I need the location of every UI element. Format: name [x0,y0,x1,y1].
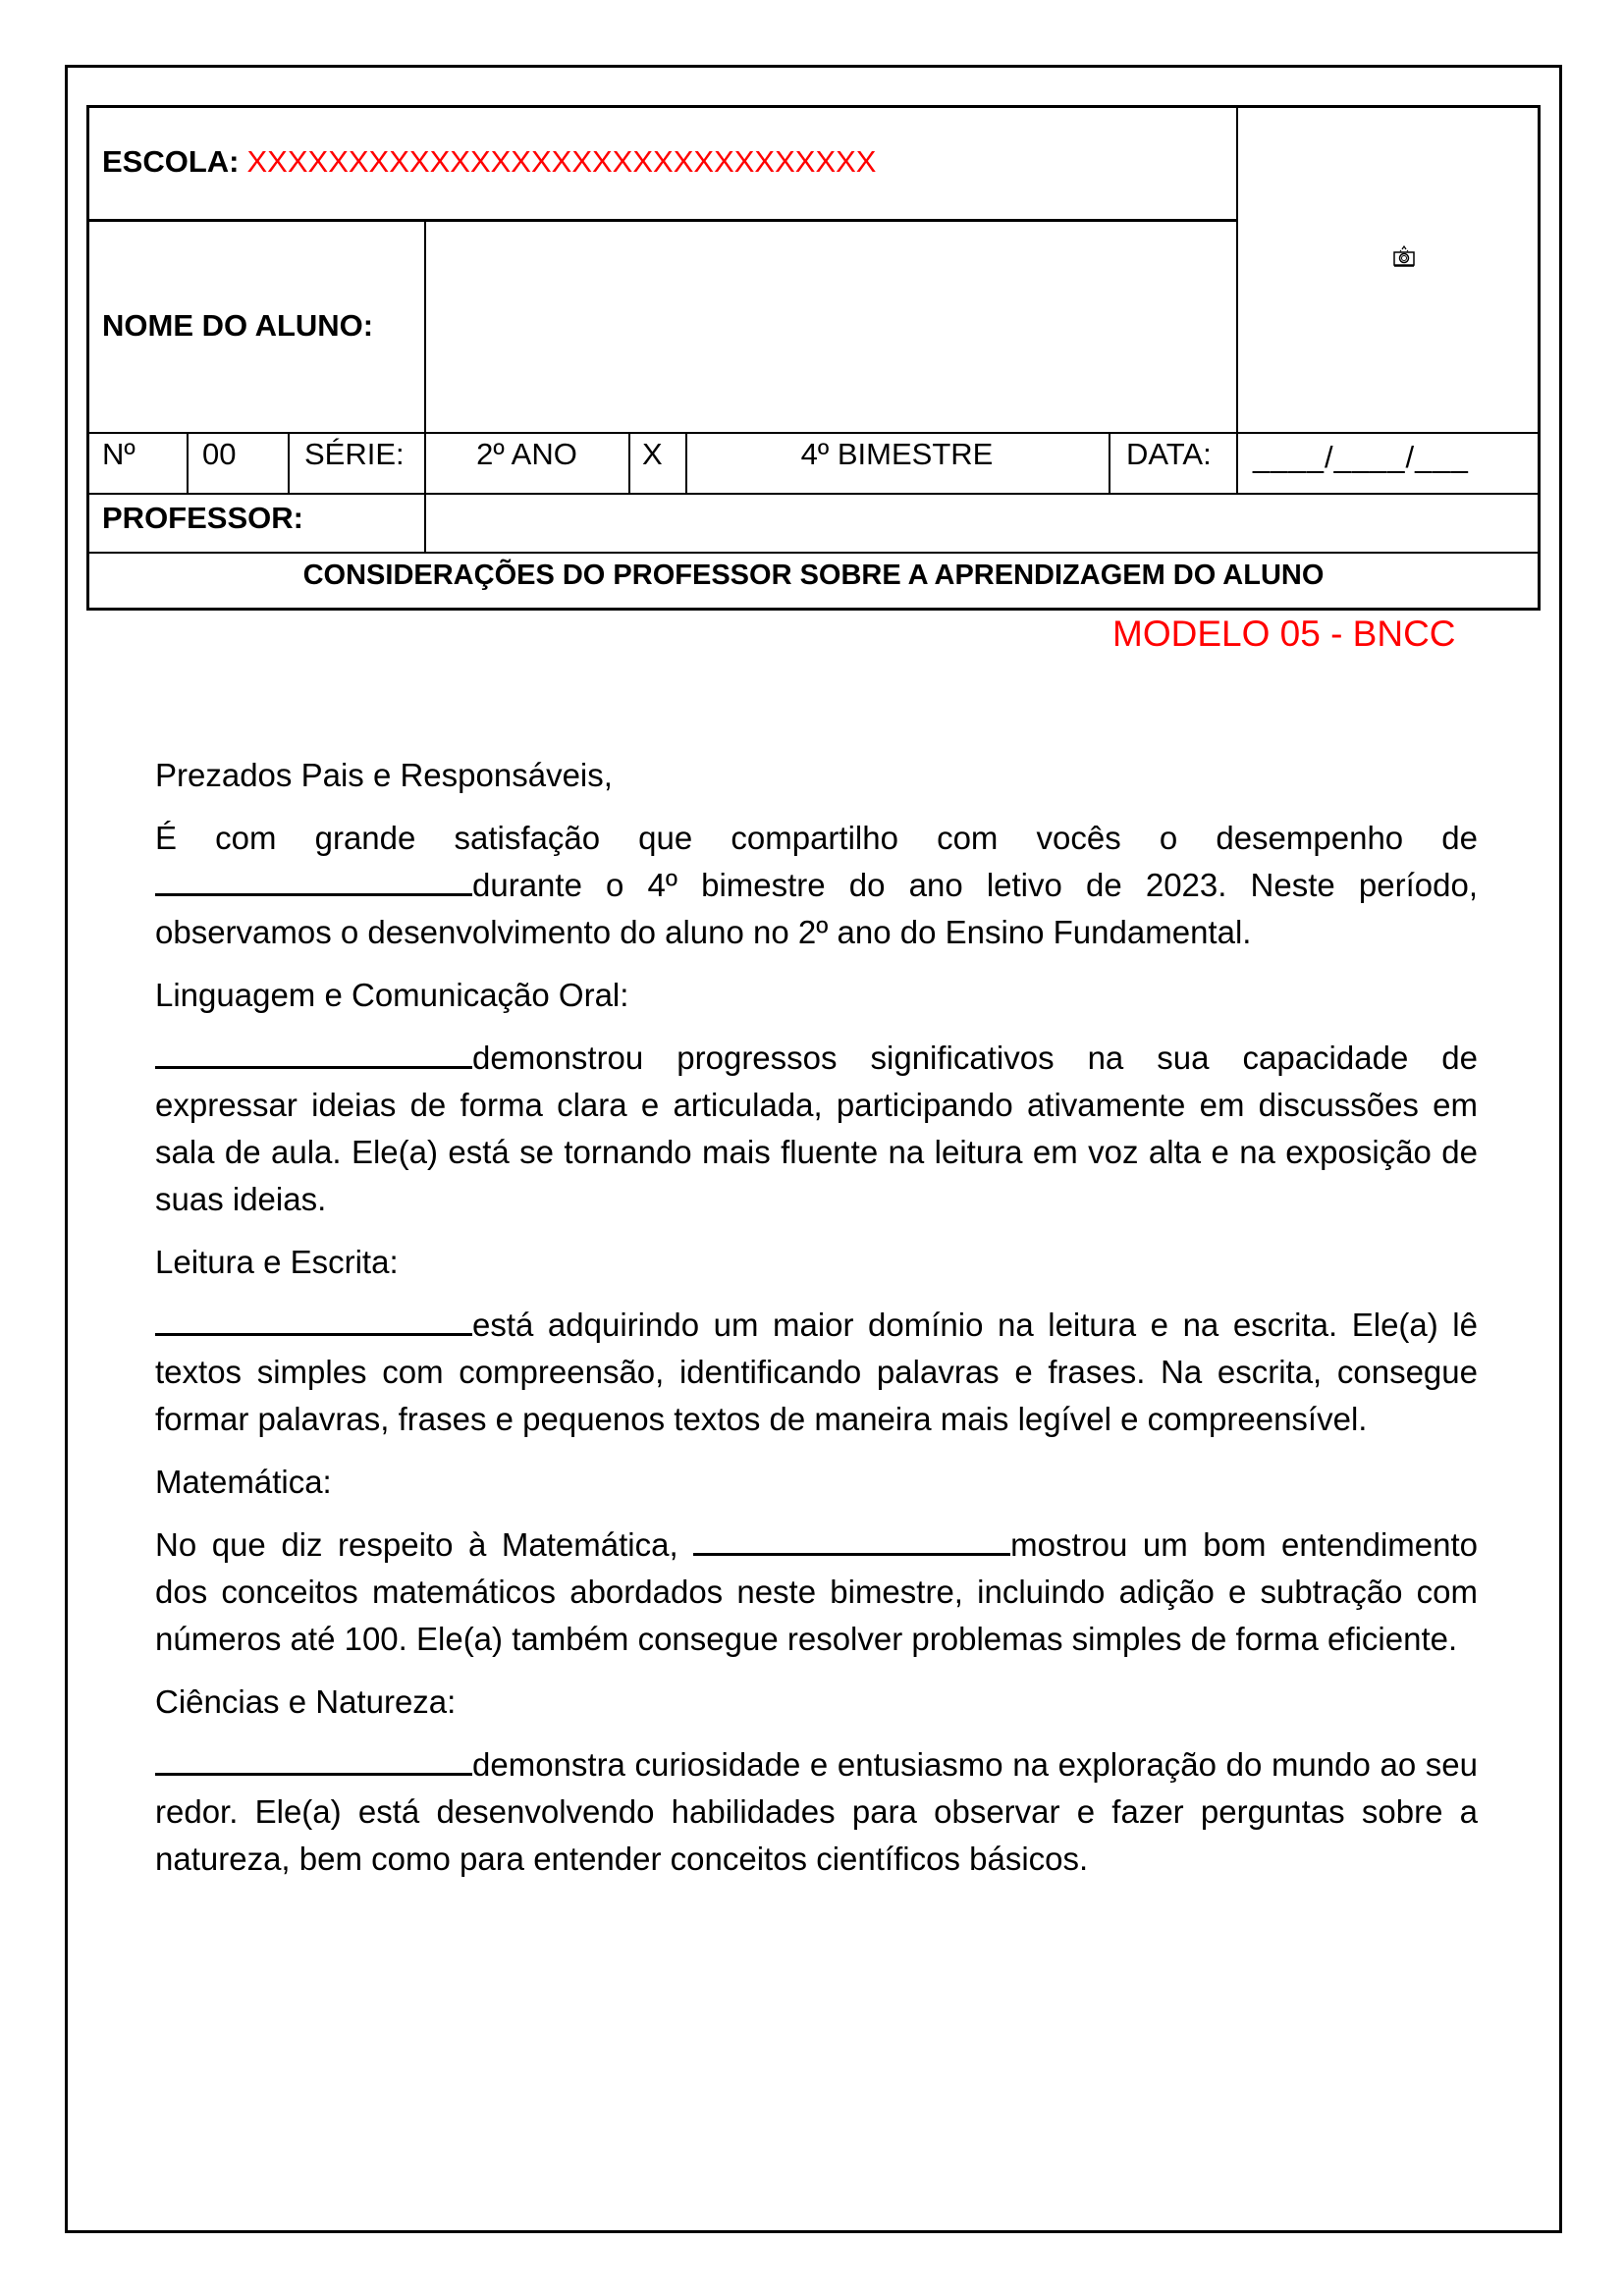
escola-field: ESCOLA: XXXXXXXXXXXXXXXXXXXXXXXXXXXXXXX [102,137,876,187]
section-heading: Ciências e Natureza: [155,1679,1478,1726]
table-top-line [86,105,1540,108]
section-paragraph: No que diz respeito à Matemática, mostro… [155,1522,1478,1663]
table-bottom-line [86,608,1540,611]
greeting: Prezados Pais e Responsáveis, [155,752,1478,799]
escola-value[interactable]: XXXXXXXXXXXXXXXXXXXXXXXXXXXXXXX [247,144,877,180]
data-input[interactable]: ____/____/___ [1253,433,1469,482]
student-name-blank[interactable] [155,864,472,896]
col-line-numero [187,433,189,494]
letter-body: Prezados Pais e Responsáveis, É com gran… [155,752,1478,1898]
section-heading: Linguagem e Comunicação Oral: [155,972,1478,1019]
student-name-blank[interactable] [155,1743,472,1776]
col-line-numval [288,433,290,494]
student-name-blank[interactable] [693,1523,1010,1556]
section-paragraph: demonstrou progressos significativos na … [155,1035,1478,1223]
section-paragraph: está adquirindo um maior domínio na leit… [155,1302,1478,1443]
professor-label: PROFESSOR: [102,495,303,558]
serie-label: SÉRIE: [304,433,405,476]
student-name-blank[interactable] [155,1037,472,1069]
intro-paragraph: É com grande satisfação que compartilho … [155,815,1478,956]
nome-input[interactable] [426,220,1236,432]
col-line-bimestre [1109,433,1110,494]
bimestre-value: 4º BIMESTRE [685,433,1109,476]
data-label: DATA: [1126,433,1212,476]
section-paragraph: demonstra curiosidade e entusiasmo na ex… [155,1741,1478,1883]
section-title: CONSIDERAÇÕES DO PROFESSOR SOBRE A APREN… [89,554,1538,597]
student-name-blank[interactable] [155,1304,472,1336]
section-heading: Leitura e Escrita: [155,1239,1478,1286]
professor-input[interactable] [426,495,1538,552]
serie-value[interactable]: 2º ANO [425,433,628,476]
table-left-line [86,105,89,611]
intro-text-before: É com grande satisfação que compartilho … [155,820,1478,856]
nome-label: NOME DO ALUNO: [102,220,373,432]
numero-label: Nº [102,433,135,476]
escola-label: ESCOLA: [102,144,240,180]
table-right-line [1538,105,1541,611]
numero-value[interactable]: 00 [202,433,236,476]
camera-icon [1393,245,1415,267]
section-heading: Matemática: [155,1459,1478,1506]
model-tag: MODELO 05 - BNCC [1112,614,1456,655]
col-line-data [1236,433,1238,494]
paragraph-text-before: No que diz respeito à Matemática, [155,1526,693,1563]
